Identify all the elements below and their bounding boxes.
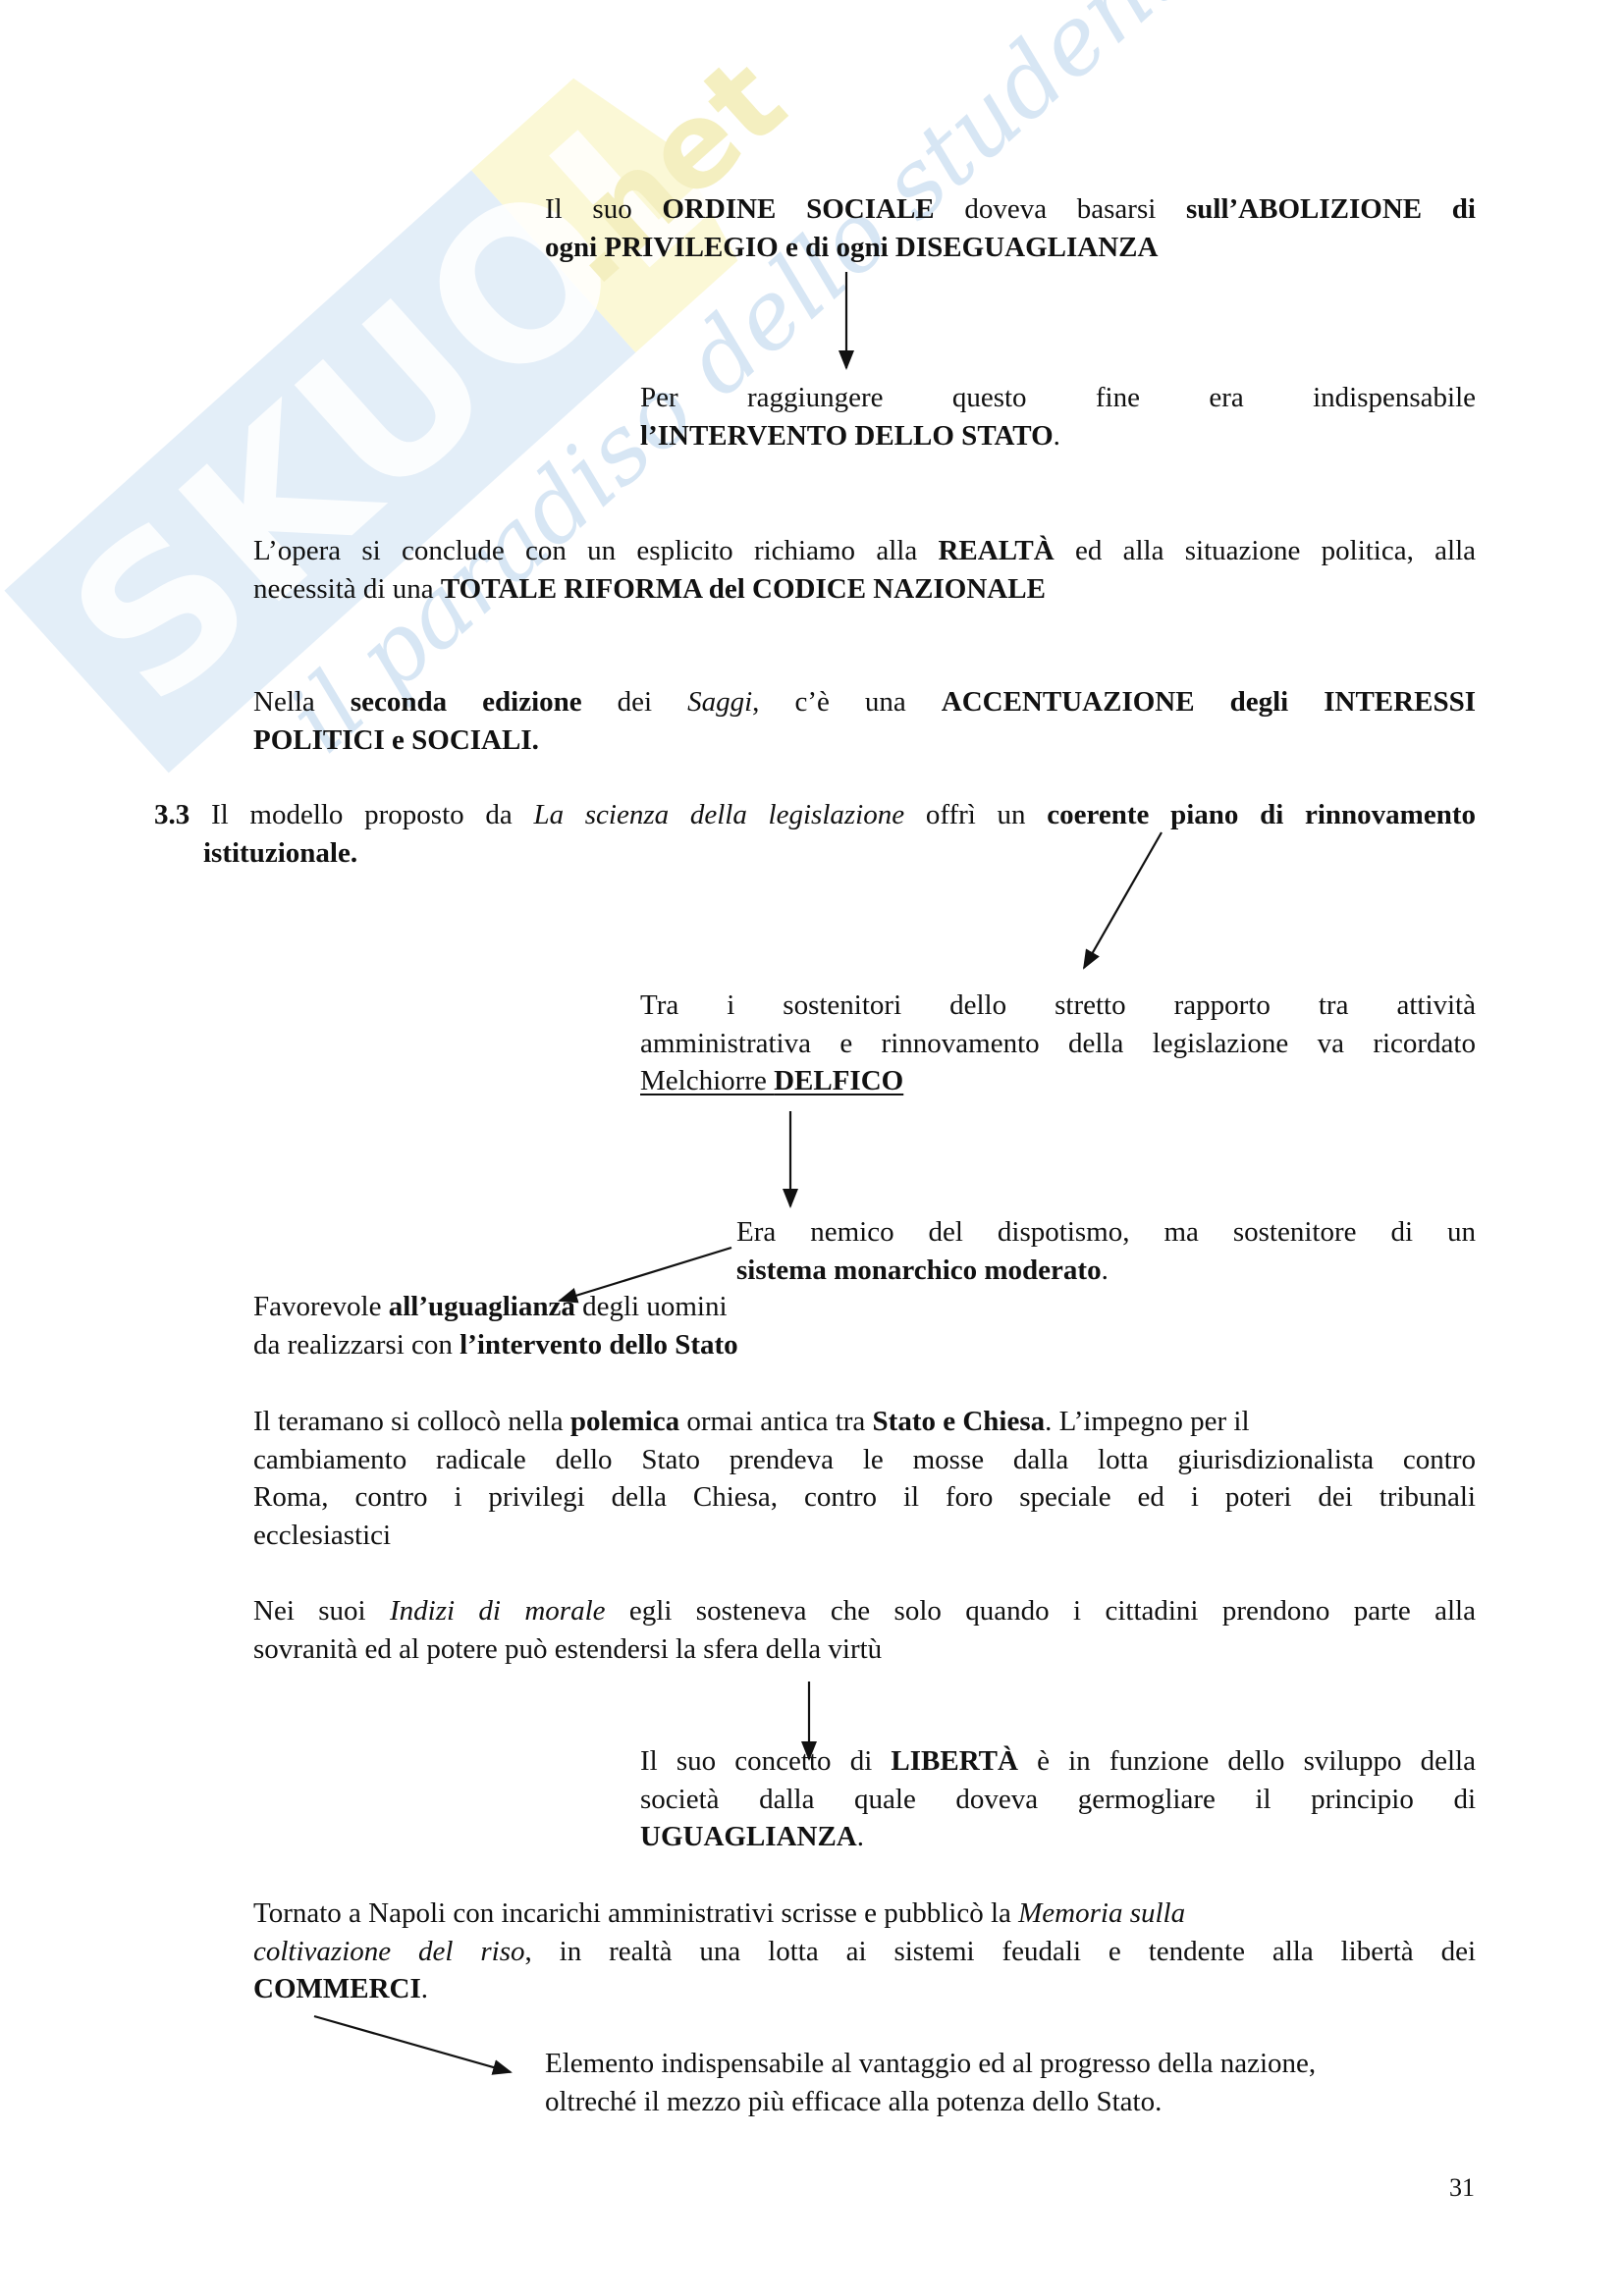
text-line: coltivazione del riso, in realtà una lot… bbox=[253, 1933, 1476, 1971]
favorevole-block: Favorevole all’uguaglianza degli uomini … bbox=[253, 1288, 941, 1363]
section-number: 3.3 bbox=[154, 799, 189, 830]
watermark-tld: .net bbox=[522, 32, 810, 311]
teramano-block: Il teramano si collocò nella polemica or… bbox=[253, 1403, 1476, 1554]
arrow-diagonal-icon bbox=[314, 2016, 511, 2072]
sostenitori-block: Tra i sostenitori dello stretto rapporto… bbox=[640, 987, 1476, 1100]
text-line: amministrativa e rinnovamento della legi… bbox=[640, 1025, 1476, 1063]
text-line: Era nemico del dispotismo, ma sostenitor… bbox=[736, 1213, 1476, 1252]
page-number: 31 bbox=[1449, 2173, 1475, 2203]
text-line: necessità di una TOTALE RIFORMA del CODI… bbox=[253, 570, 1476, 609]
text-line: Nei suoi Indizi di morale egli sosteneva… bbox=[253, 1592, 1476, 1630]
text-line: Il teramano si collocò nella polemica or… bbox=[253, 1403, 1476, 1441]
text-line: Favorevole all’uguaglianza degli uomini bbox=[253, 1288, 941, 1326]
watermark-brand: SKUOLA bbox=[27, 0, 885, 750]
text-line: sovranità ed al potere può estendersi la… bbox=[253, 1630, 1476, 1669]
section-3-3: 3.3 Il modello proposto da La scienza de… bbox=[154, 796, 1476, 872]
text-line: UGUAGLIANZA. bbox=[640, 1818, 1476, 1856]
text-line: l’INTERVENTO DELLO STATO. bbox=[640, 417, 1476, 455]
napoli-block: Tornato a Napoli con incarichi amministr… bbox=[253, 1895, 1476, 2008]
text-line: Roma, contro i privilegi della Chiesa, c… bbox=[253, 1478, 1476, 1517]
text-line: Nella seconda edizione dei Saggi, c’è un… bbox=[253, 683, 1476, 721]
text-line: Il suo concetto di LIBERTÀ è in funzione… bbox=[640, 1742, 1476, 1781]
text-line: ogni PRIVILEGIO e di ogni DISEGUAGLIANZA bbox=[545, 229, 1476, 267]
text-line: COMMERCI. bbox=[253, 1970, 1476, 2008]
text-line: Tra i sostenitori dello stretto rapporto… bbox=[640, 987, 1476, 1025]
indizi-block: Nei suoi Indizi di morale egli sosteneva… bbox=[253, 1592, 1476, 1668]
text-line: L’opera si conclude con un esplicito ric… bbox=[253, 532, 1476, 570]
text-line: istituzionale. bbox=[154, 834, 1476, 873]
text-line: da realizzarsi con l’intervento dello St… bbox=[253, 1326, 941, 1364]
intervento-block: Per raggiungere questo fine era indispen… bbox=[640, 379, 1476, 454]
text-line: POLITICI e SOCIALI. bbox=[253, 721, 1476, 760]
text-line: oltreché il mezzo più efficace alla pote… bbox=[545, 2083, 1476, 2121]
elemento-block: Elemento indispensabile al vantaggio ed … bbox=[545, 2045, 1476, 2120]
seconda-edizione-block: Nella seconda edizione dei Saggi, c’è un… bbox=[253, 683, 1476, 759]
text-line: Tornato a Napoli con incarichi amministr… bbox=[253, 1895, 1476, 1933]
text-line: Elemento indispensabile al vantaggio ed … bbox=[545, 2045, 1476, 2083]
liberta-block: Il suo concetto di LIBERTÀ è in funzione… bbox=[640, 1742, 1476, 1856]
text-line: società dalla quale doveva germogliare i… bbox=[640, 1781, 1476, 1819]
opera-block: L’opera si conclude con un esplicito ric… bbox=[253, 532, 1476, 608]
ordine-sociale-block: Il suo ORDINE SOCIALE doveva basarsi sul… bbox=[545, 190, 1476, 266]
text-line: ecclesiastici bbox=[253, 1517, 1476, 1555]
text-line: Il suo ORDINE SOCIALE doveva basarsi sul… bbox=[545, 190, 1476, 229]
text-line: cambiamento radicale dello Stato prendev… bbox=[253, 1441, 1476, 1479]
text-line: 3.3 Il modello proposto da La scienza de… bbox=[154, 796, 1476, 834]
nemico-block: Era nemico del dispotismo, ma sostenitor… bbox=[736, 1213, 1476, 1289]
document-page: SKUOLA .net il paradiso dello studente I… bbox=[0, 0, 1623, 2296]
text-line: Melchiorre DELFICO bbox=[640, 1062, 1476, 1100]
text-line: Per raggiungere questo fine era indispen… bbox=[640, 379, 1476, 417]
text-line: sistema monarchico moderato. bbox=[736, 1252, 1476, 1290]
